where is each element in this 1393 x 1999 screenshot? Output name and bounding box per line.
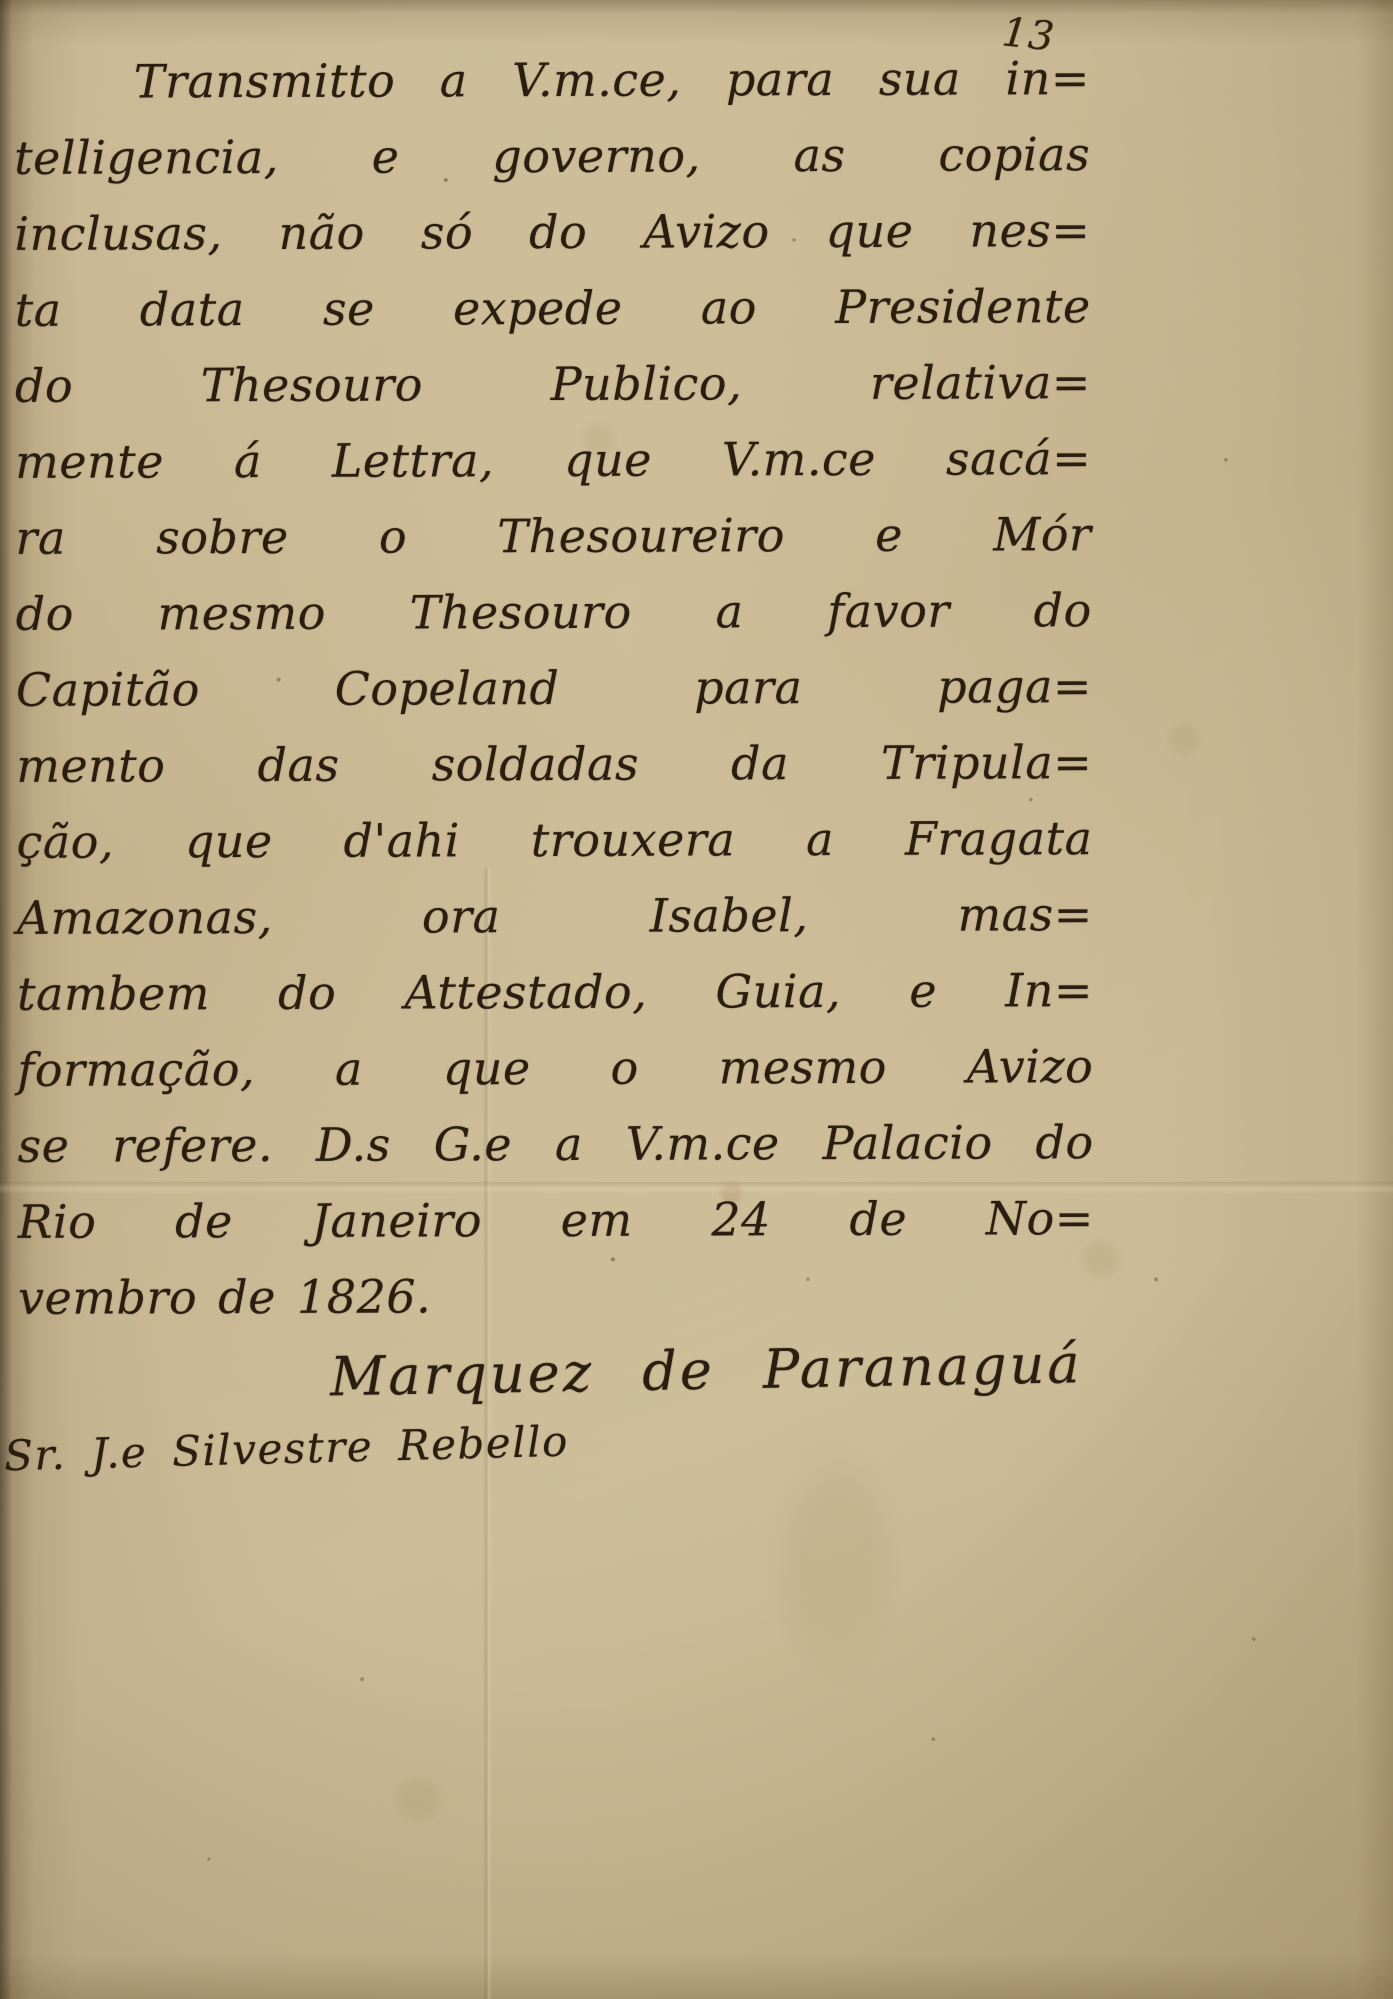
letter-line: Transmitto a V.m.ce, para sua in=	[14, 40, 1090, 120]
letter-line: formação, a que o mesmo Avizo	[17, 1028, 1093, 1108]
letter-line: inclusas, não só do Avizo que nes=	[14, 192, 1090, 272]
letter-line: tambem do Attestado, Guia, e In=	[17, 952, 1093, 1032]
letter-line: se refere. D.s G.e a V.m.ce Palacio do	[17, 1104, 1093, 1184]
letter-line: do Thesouro Publico, relativa=	[15, 344, 1091, 424]
manuscript-page: 13 Transmitto a V.m.ce, para sua in= tel…	[0, 0, 1393, 1999]
letter-line: mente á Lettra, que V.m.ce sacá=	[15, 420, 1091, 500]
letter-line: ra sobre o Thesoureiro e Mór	[15, 496, 1091, 576]
letter-line: do mesmo Thesouro a favor do	[16, 572, 1092, 652]
letter-line: mento das soldadas da Tripula=	[16, 724, 1092, 804]
letter-line: ção, que d'ahi trouxera a Fragata	[16, 800, 1092, 880]
letter-line: ta data se expede ao Presidente	[15, 268, 1091, 348]
letter-line: telligencia, e governo, as copias	[14, 116, 1090, 196]
letter-line: vembro de 1826.	[18, 1256, 1094, 1336]
letter-line: Rio de Janeiro em 24 de No=	[18, 1180, 1094, 1260]
letter-line: Capitão Copeland para paga=	[16, 648, 1092, 728]
letter-line: Amazonas, ora Isabel, mas=	[17, 876, 1093, 956]
letter-body: Transmitto a V.m.ce, para sua in= tellig…	[14, 40, 1095, 1336]
signature-marquez-de-paranagua: Marquez de Paranaguá	[330, 1331, 1181, 1409]
